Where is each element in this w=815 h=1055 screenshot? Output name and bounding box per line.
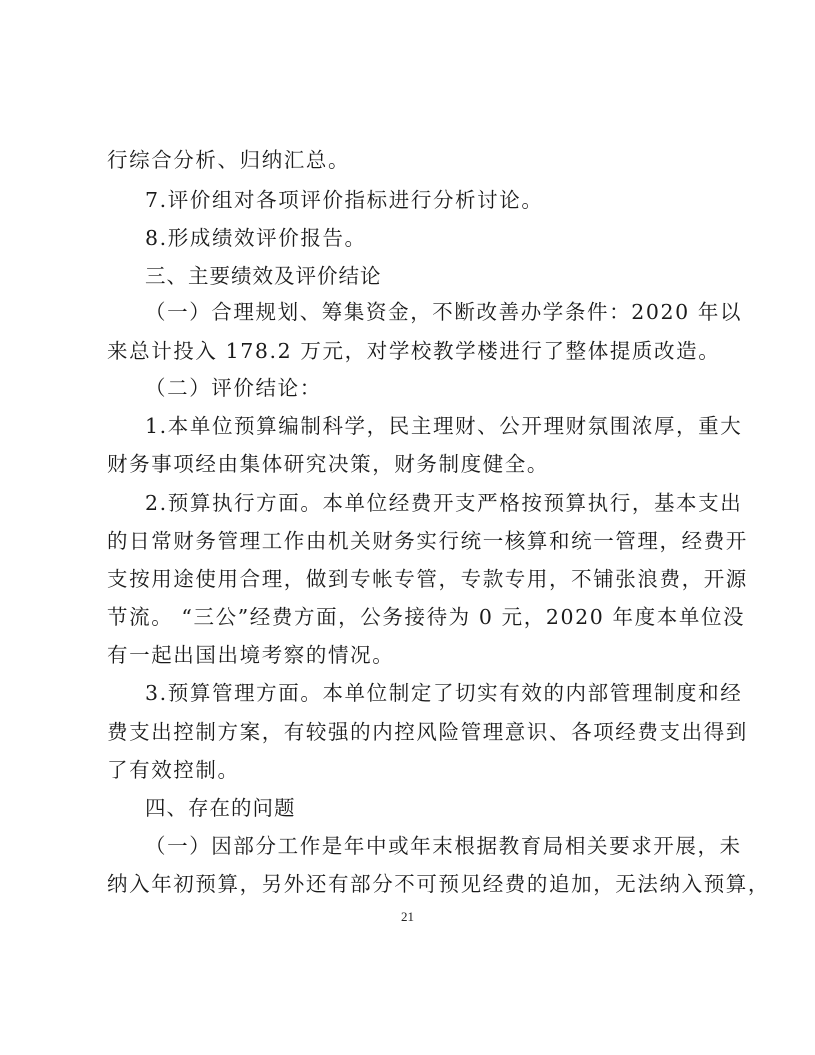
text-line: （二）评价结论： bbox=[145, 374, 717, 402]
text-line: 行综合分析、归纳汇总。 bbox=[107, 146, 717, 174]
text-line: 费支出控制方案，有较强的内控风险管理意识、各项经费支出得到 bbox=[107, 718, 717, 746]
text-line: 财务事项经由集体研究决策，财务制度健全。 bbox=[107, 450, 717, 478]
text-line: 纳入年初预算，另外还有部分不可预见经费的追加，无法纳入预算， bbox=[107, 870, 717, 898]
text-line: 的日常财务管理工作由机关财务实行统一核算和统一管理，经费开 bbox=[107, 527, 717, 555]
section-heading: 四、存在的问题 bbox=[145, 794, 717, 822]
text-line: 3.预算管理方面。本单位制定了切实有效的内部管理制度和经 bbox=[145, 679, 717, 707]
page-number: 21 bbox=[0, 909, 815, 925]
text-line: 1.本单位预算编制科学，民主理财、公开理财氛围浓厚，重大 bbox=[145, 412, 717, 440]
text-line: 支按用途使用合理，做到专帐专管，专款专用，不铺张浪费，开源 bbox=[107, 565, 717, 593]
text-line: （一）因部分工作是年中或年末根据教育局相关要求开展，未 bbox=[145, 832, 717, 860]
text-line: 来总计投入 178.2 万元，对学校教学楼进行了整体提质改造。 bbox=[107, 337, 717, 365]
text-line: 8.形成绩效评价报告。 bbox=[145, 224, 717, 252]
text-line: 2.预算执行方面。本单位经费开支严格按预算执行，基本支出 bbox=[145, 489, 717, 517]
text-line: 有一起出国出境考察的情况。 bbox=[107, 641, 717, 669]
text-line: 了有效控制。 bbox=[107, 756, 717, 784]
section-heading: 三、主要绩效及评价结论 bbox=[145, 262, 717, 290]
text-line: 7.评价组对各项评价指标进行分析讨论。 bbox=[145, 186, 717, 214]
text-line: 节流。 “三公”经费方面，公务接待为 0 元，2020 年度本单位没 bbox=[107, 603, 717, 631]
text-line: （一）合理规划、筹集资金，不断改善办学条件：2020 年以 bbox=[145, 298, 717, 326]
document-page: 行综合分析、归纳汇总。7.评价组对各项评价指标进行分析讨论。8.形成绩效评价报告… bbox=[0, 0, 815, 1055]
